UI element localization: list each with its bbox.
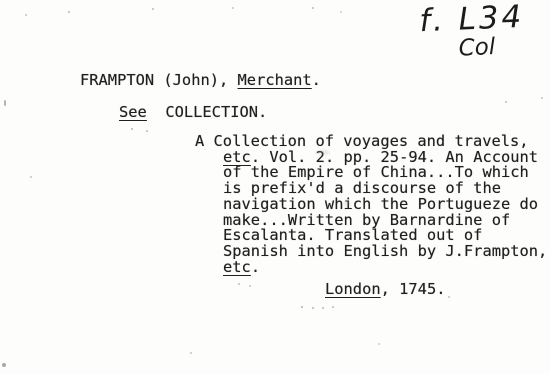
scan-speck	[505, 101, 507, 103]
scan-speck	[30, 176, 32, 178]
scan-speck	[232, 7, 234, 9]
scan-speck	[146, 130, 148, 132]
scan-speck	[322, 307, 324, 309]
scan-speck	[378, 343, 380, 345]
scan-smudge	[316, 150, 330, 155]
scan-speck	[340, 11, 342, 13]
scan-speck	[448, 296, 450, 298]
scan-speck	[152, 8, 154, 10]
scan-speck	[541, 97, 543, 99]
entry-line: Spanish into English by J.Frampton,	[223, 244, 547, 260]
text-segment: , 1745.	[381, 280, 446, 298]
scan-speck	[2, 363, 6, 367]
scan-speck	[238, 283, 240, 285]
entry-heading: FRAMPTON (John), Merchant.	[80, 73, 321, 89]
underlined-text: See	[119, 103, 147, 121]
shelfmark-line2: Col	[458, 35, 526, 61]
text-segment: .	[251, 258, 260, 276]
text-segment: Spanish into English by J.Frampton,	[223, 242, 547, 260]
see-reference: See COLLECTION.	[119, 105, 267, 121]
text-segment: FRAMPTON (John),	[80, 71, 238, 89]
scan-speck	[312, 7, 314, 9]
scan-smudge	[344, 199, 350, 207]
scan-speck	[4, 100, 6, 106]
scan-speck	[25, 14, 27, 16]
underlined-text: Merchant	[238, 71, 312, 89]
scan-speck	[312, 307, 314, 309]
catalog-card-scan: f. L34 Col FRAMPTON (John), Merchant. Se…	[0, 0, 550, 374]
text-segment: COLLECTION.	[147, 103, 267, 121]
scan-speck	[131, 128, 133, 130]
entry-line: etc.	[223, 260, 547, 276]
scan-speck	[190, 352, 192, 354]
text-segment: .	[312, 71, 321, 89]
underlined-text: etc	[223, 258, 251, 276]
scan-speck	[68, 11, 70, 13]
shelfmark-annotation: f. L34 Col	[419, 2, 526, 63]
scan-speck	[301, 306, 303, 308]
imprint-line: London, 1745.	[325, 282, 445, 298]
scan-speck	[249, 285, 251, 287]
underlined-text: London	[325, 280, 381, 298]
scan-speck	[332, 306, 334, 308]
entry-description: A Collection of voyages and travels,etc.…	[195, 134, 547, 275]
shelfmark-line1: f. L34	[419, 2, 525, 38]
